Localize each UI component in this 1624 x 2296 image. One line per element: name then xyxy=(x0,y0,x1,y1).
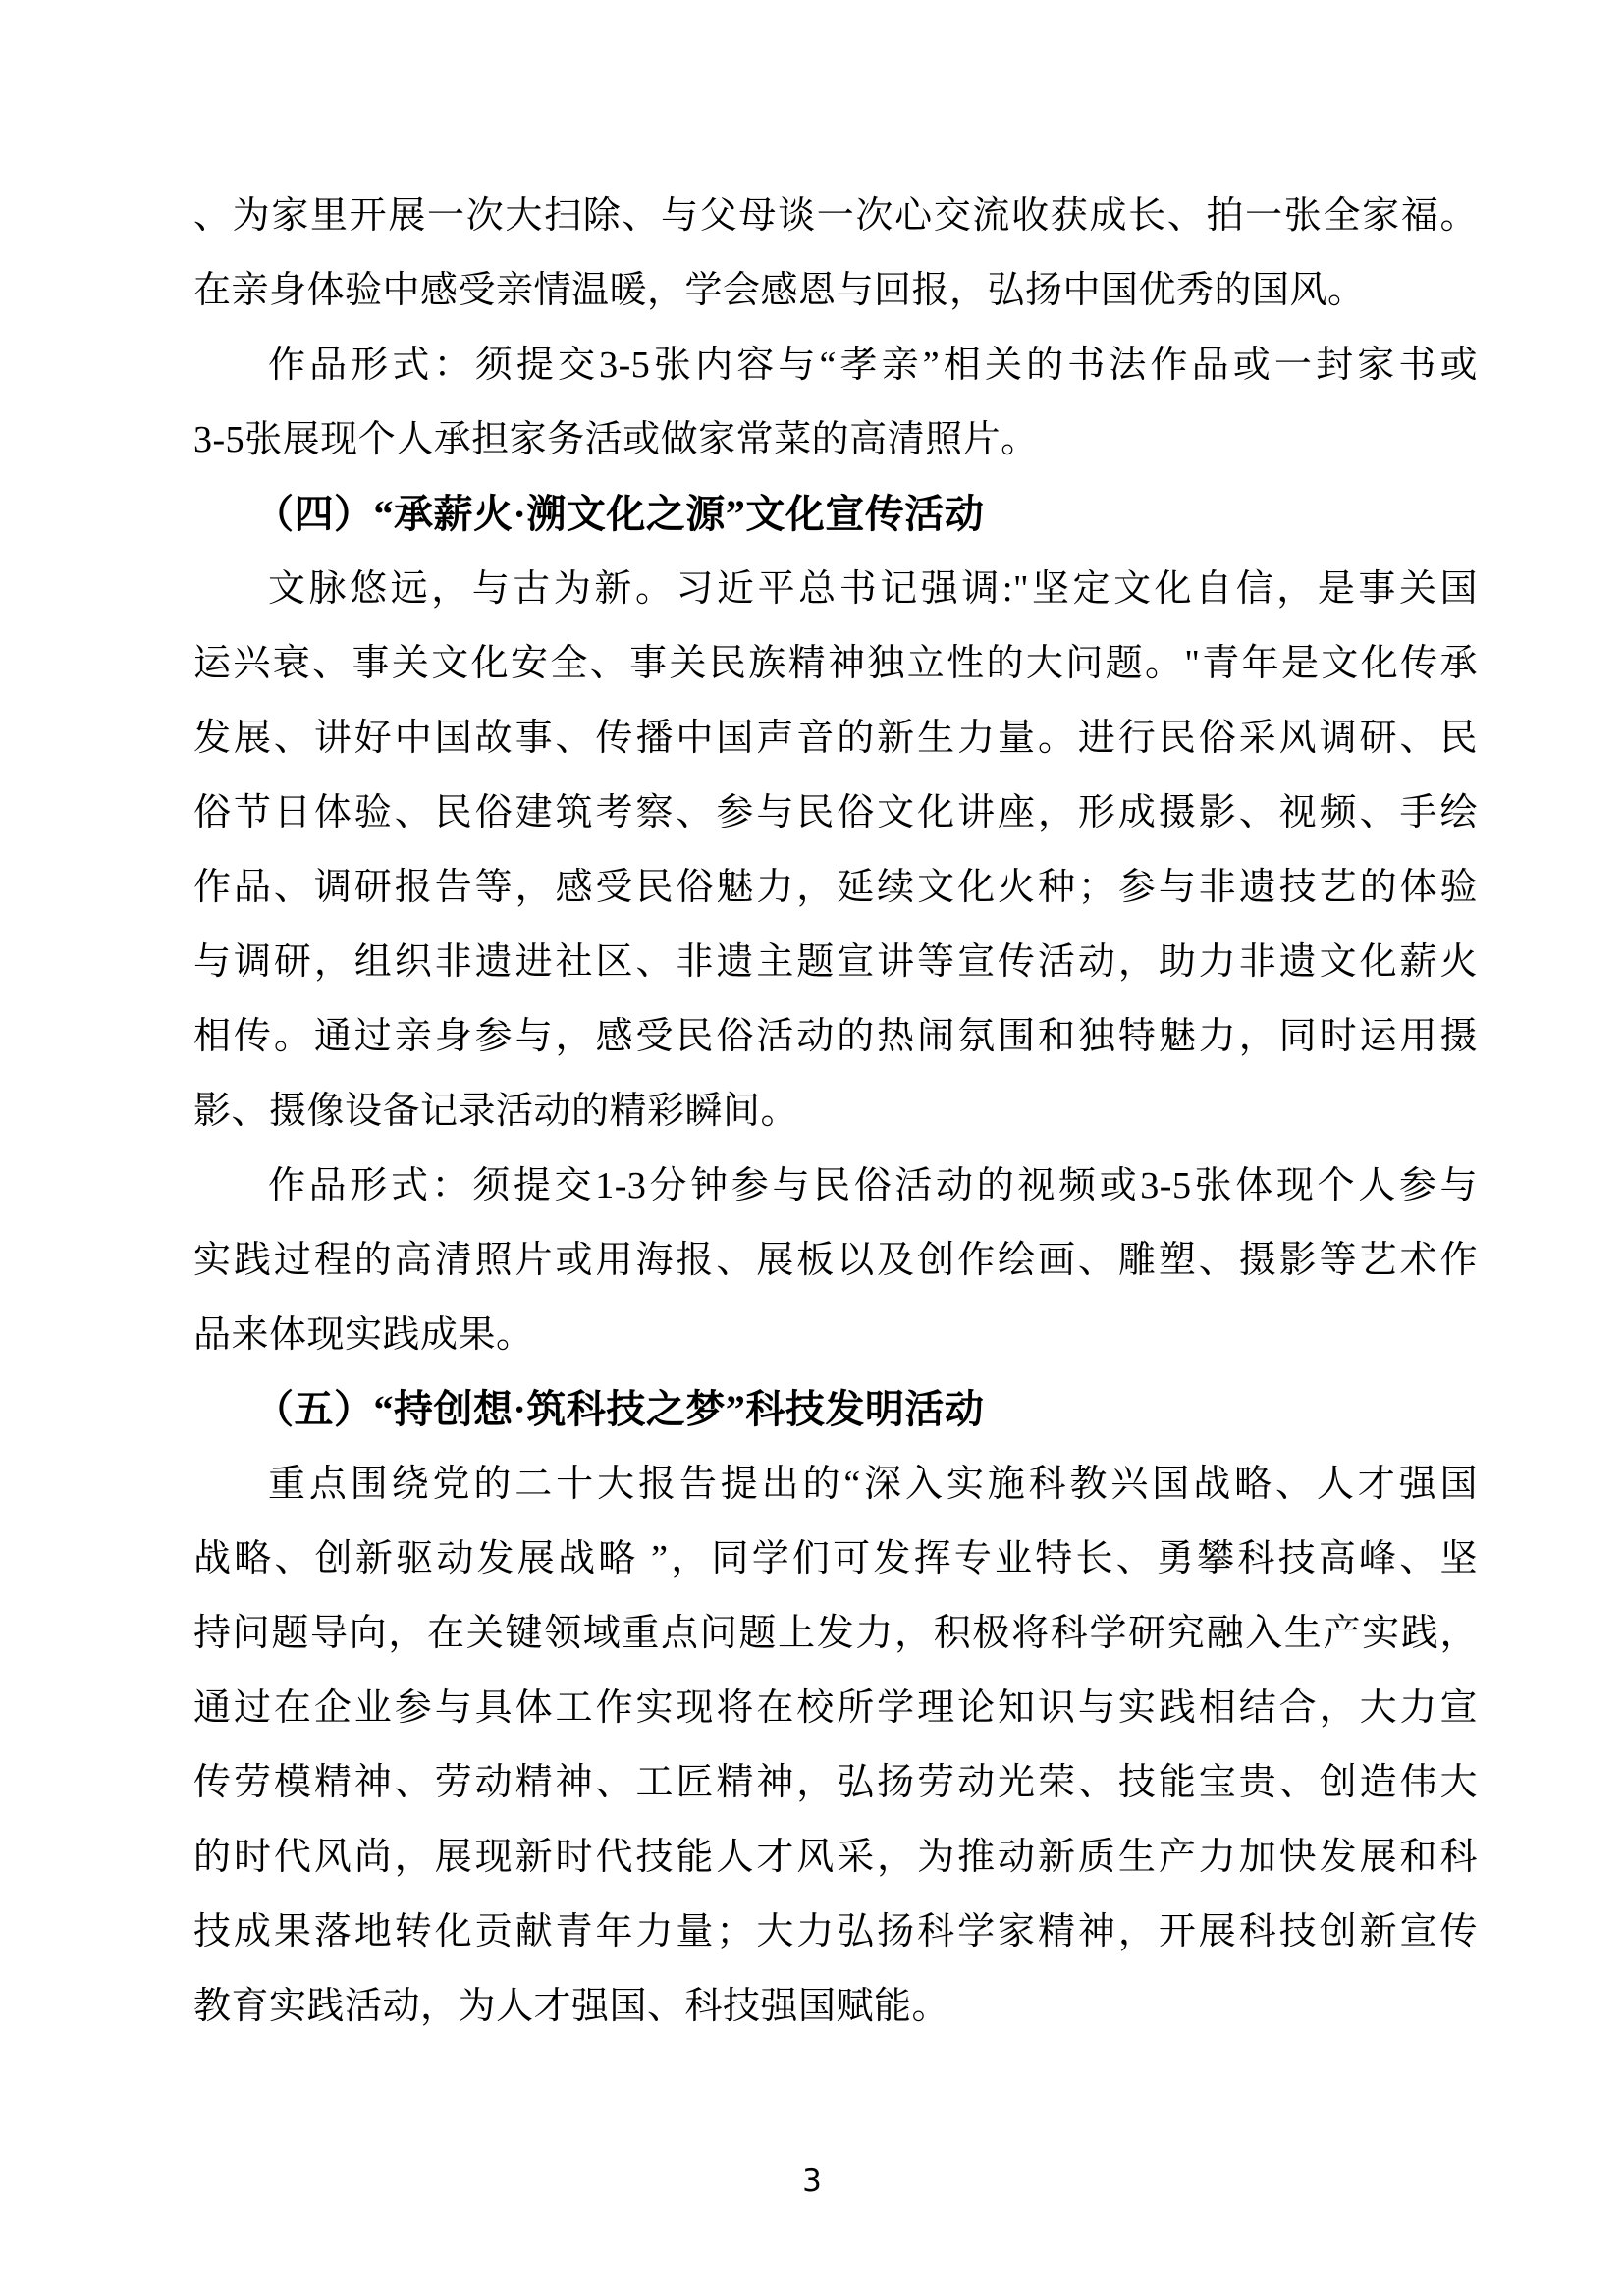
section-heading-5: （五）“持创想·筑科技之梦”科技发明活动 xyxy=(193,1372,1478,1447)
text-line: 相传。通过亲身参与，感受民俗活动的热闹氛围和独特魅力，同时运用摄 xyxy=(193,999,1478,1074)
text-line: 发展、讲好中国故事、传播中国声音的新生力量。进行民俗采风调研、民 xyxy=(193,701,1478,775)
text-line: 教育实践活动，为人才强国、科技强国赋能。 xyxy=(193,1969,1478,2044)
text-line: 技成果落地转化贡献青年力量；大力弘扬科学家精神，开展科技创新宣传 xyxy=(193,1895,1478,1969)
text-line: 重点围绕党的二十大报告提出的“深入实施科教兴国战略、人才强国 xyxy=(193,1447,1478,1522)
text-line: 、为家里开展一次大扫除、与父母谈一次心交流收获成长、拍一张全家福。 xyxy=(193,179,1478,253)
text-line: 的时代风尚，展现新时代技能人才风采，为推动新质生产力加快发展和科 xyxy=(193,1820,1478,1895)
text-line: 实践过程的高清照片或用海报、展板以及创作绘画、雕塑、摄影等艺术作 xyxy=(193,1223,1478,1298)
text-line: 战略、创新驱动发展战略 ”，同学们可发挥专业特长、勇攀科技高峰、坚 xyxy=(193,1522,1478,1596)
text-line: 品来体现实践成果。 xyxy=(193,1298,1478,1372)
text-line: 作品、调研报告等，感受民俗魅力，延续文化火种；参与非遗技艺的体验 xyxy=(193,850,1478,925)
text-line: 运兴衰、事关文化安全、事关民族精神独立性的大问题。"青年是文化传承 xyxy=(193,626,1478,701)
text-line: 文脉悠远，与古为新。习近平总书记强调:"坚定文化自信，是事关国 xyxy=(193,552,1478,626)
text-line: 持问题导向，在关键领域重点问题上发力，积极将科学研究融入生产实践， xyxy=(193,1596,1478,1671)
text-line: 通过在企业参与具体工作实现将在校所学理论知识与实践相结合，大力宣 xyxy=(193,1671,1478,1745)
text-line: 俗节日体验、民俗建筑考察、参与民俗文化讲座，形成摄影、视频、手绘 xyxy=(193,775,1478,850)
text-line: 3-5张展现个人承担家务活或做家常菜的高清照片。 xyxy=(193,402,1478,477)
document-body: 、为家里开展一次大扫除、与父母谈一次心交流收获成长、拍一张全家福。 在亲身体验中… xyxy=(193,179,1478,2044)
text-line: 作品形式：须提交3-5张内容与“孝亲”相关的书法作品或一封家书或 xyxy=(193,328,1478,402)
text-line: 与调研，组织非遗进社区、非遗主题宣讲等宣传活动，助力非遗文化薪火 xyxy=(193,925,1478,999)
document-page: 、为家里开展一次大扫除、与父母谈一次心交流收获成长、拍一张全家福。 在亲身体验中… xyxy=(0,0,1624,2296)
text-line: 在亲身体验中感受亲情温暖，学会感恩与回报，弘扬中国优秀的国风。 xyxy=(193,253,1478,328)
text-line: 影、摄像设备记录活动的精彩瞬间。 xyxy=(193,1074,1478,1148)
text-line: 作品形式：须提交1-3分钟参与民俗活动的视频或3-5张体现个人参与 xyxy=(193,1148,1478,1223)
page-number: 3 xyxy=(0,2163,1624,2199)
section-heading-4: （四）“承薪火·溯文化之源”文化宣传活动 xyxy=(193,477,1478,552)
text-line: 传劳模精神、劳动精神、工匠精神，弘扬劳动光荣、技能宝贵、创造伟大 xyxy=(193,1745,1478,1820)
